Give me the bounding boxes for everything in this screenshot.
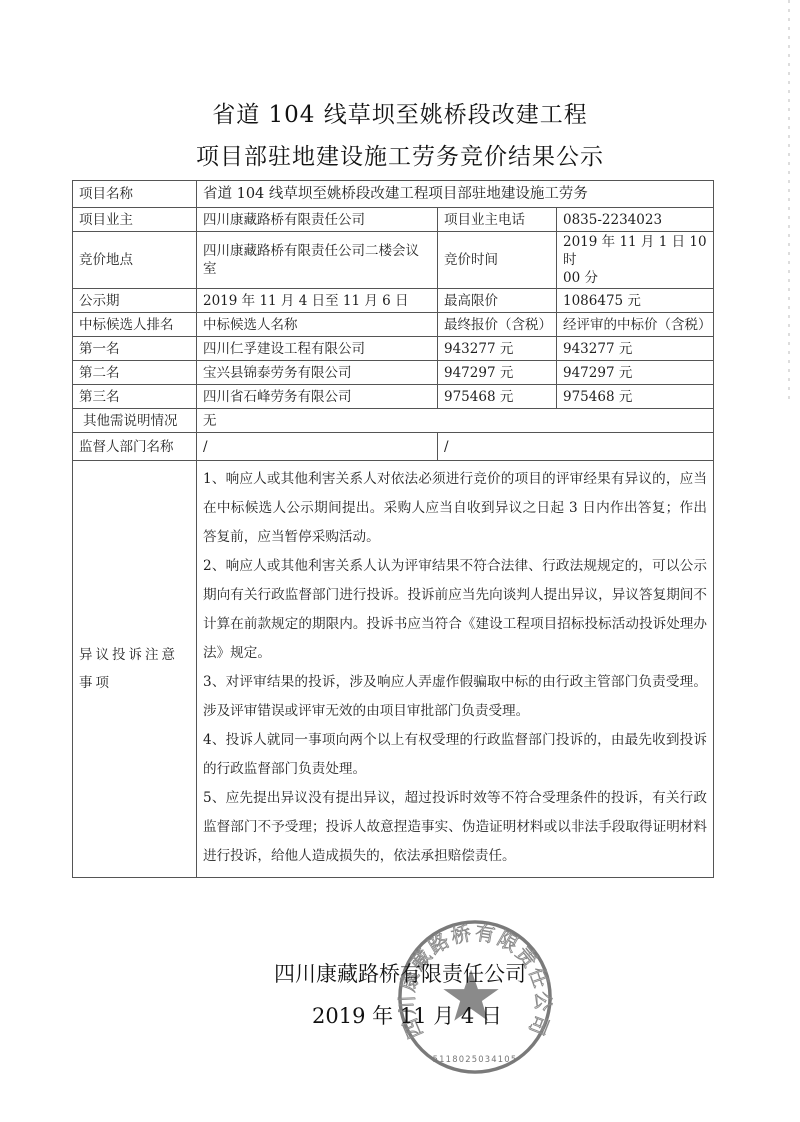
value-owner: 四川康藏路桥有限责任公司 xyxy=(197,208,438,232)
value-project-name: 省道 104 线草坝至姚桥段改建工程项目部驻地建设施工劳务 xyxy=(197,181,714,208)
label-publicity-period: 公示期 xyxy=(73,289,197,313)
header-final-price: 最终报价（含税） xyxy=(438,313,557,337)
notice-item-1: 1、响应人或其他利害关系人对依法必须进行竞价的项目的评审经果有异议的，应当在中标… xyxy=(203,465,707,552)
header-rank: 中标候选人排名 xyxy=(73,313,197,337)
document-title-line1: 省道 104 线草坝至姚桥段改建工程 xyxy=(0,96,800,129)
label-bid-location: 竞价地点 xyxy=(73,232,197,289)
label-max-price: 最高限价 xyxy=(438,289,557,313)
value-bid-location: 四川康藏路桥有限责任公司二楼会议 室 xyxy=(197,232,438,289)
candidate-name: 四川省石峰劳务有限公司 xyxy=(197,385,438,409)
candidate-reviewed-price: 947297 元 xyxy=(557,361,714,385)
candidate-final-price: 947297 元 xyxy=(438,361,557,385)
label-owner: 项目业主 xyxy=(73,208,197,232)
label-supervisor: 监督人部门名称 xyxy=(73,433,197,461)
label-bid-time: 竞价时间 xyxy=(438,232,557,289)
value-supervisor-1: / xyxy=(197,433,438,461)
label-project-name: 项目名称 xyxy=(73,181,197,208)
row-other-notes: 其他需说明情况 无 xyxy=(73,409,714,433)
bid-time-line2: 00 分 xyxy=(563,269,707,287)
candidate-name: 四川仁孚建设工程有限公司 xyxy=(197,337,438,361)
value-bid-time: 2019 年 11 月 1 日 10 时 00 分 xyxy=(557,232,714,289)
label-owner-phone: 项目业主电话 xyxy=(438,208,557,232)
label-other-notes: 其他需说明情况 xyxy=(73,409,197,433)
issuer-company: 四川康藏路桥有限责任公司 xyxy=(0,958,800,988)
candidate-rank: 第二名 xyxy=(73,361,197,385)
scan-edge-artifact xyxy=(788,0,790,400)
row-project-name: 项目名称 省道 104 线草坝至姚桥段改建工程项目部驻地建设施工劳务 xyxy=(73,181,714,208)
candidate-final-price: 975468 元 xyxy=(438,385,557,409)
official-seal-icon: 四川康藏路桥有限责任公司 5118025034105 xyxy=(396,918,554,1076)
row-objection-notice: 异议投诉注意事项 1、响应人或其他利害关系人对依法必须进行竞价的项目的评审经果有… xyxy=(73,461,714,878)
issue-date: 2019 年 11 月 4 日 xyxy=(0,1000,800,1030)
value-supervisor-2: / xyxy=(438,433,714,461)
notice-item-4: 4、投诉人就同一事项向两个以上有权受理的行政监督部门投诉的，由最先收到投诉的行政… xyxy=(203,726,707,784)
notice-item-2: 2、响应人或其他利害关系人认为评审结果不符合法律、行政法规规定的，可以公示期向有… xyxy=(203,552,707,668)
candidate-reviewed-price: 943277 元 xyxy=(557,337,714,361)
notice-item-3: 3、对评审结果的投诉，涉及响应人弄虚作假骗取中标的由行政主管部门负责受理。涉及评… xyxy=(203,668,707,726)
candidate-rank: 第一名 xyxy=(73,337,197,361)
table-row: 第一名 四川仁孚建设工程有限公司 943277 元 943277 元 xyxy=(73,337,714,361)
row-bid-location-time: 竞价地点 四川康藏路桥有限责任公司二楼会议 室 竞价时间 2019 年 11 月… xyxy=(73,232,714,289)
header-reviewed-price: 经评审的中标价（含税） xyxy=(557,313,714,337)
candidate-rank: 第三名 xyxy=(73,385,197,409)
row-publicity-period: 公示期 2019 年 11 月 4 日至 11 月 6 日 最高限价 10864… xyxy=(73,289,714,313)
document-title-line2: 项目部驻地建设施工劳务竞价结果公示 xyxy=(0,138,800,171)
table-row: 第三名 四川省石峰劳务有限公司 975468 元 975468 元 xyxy=(73,385,714,409)
objection-notice-list: 1、响应人或其他利害关系人对依法必须进行竞价的项目的评审经果有异议的，应当在中标… xyxy=(197,461,714,878)
header-name: 中标候选人名称 xyxy=(197,313,438,337)
value-other-notes: 无 xyxy=(197,409,714,433)
seal-code: 5118025034105 xyxy=(433,1054,518,1064)
label-objection: 异议投诉注意事项 xyxy=(73,461,197,878)
candidate-final-price: 943277 元 xyxy=(438,337,557,361)
bid-result-table: 项目名称 省道 104 线草坝至姚桥段改建工程项目部驻地建设施工劳务 项目业主 … xyxy=(72,180,714,878)
bid-location-line2: 室 xyxy=(203,260,431,278)
table-row: 第二名 宝兴县锦泰劳务有限公司 947297 元 947297 元 xyxy=(73,361,714,385)
candidate-name: 宝兴县锦泰劳务有限公司 xyxy=(197,361,438,385)
objection-label-text: 异议投诉注意事项 xyxy=(79,647,178,691)
bid-location-line1: 四川康藏路桥有限责任公司二楼会议 xyxy=(203,242,431,260)
row-owner: 项目业主 四川康藏路桥有限责任公司 项目业主电话 0835-2234023 xyxy=(73,208,714,232)
candidate-reviewed-price: 975468 元 xyxy=(557,385,714,409)
row-candidate-header: 中标候选人排名 中标候选人名称 最终报价（含税） 经评审的中标价（含税） xyxy=(73,313,714,337)
row-supervisor: 监督人部门名称 / / xyxy=(73,433,714,461)
value-max-price: 1086475 元 xyxy=(557,289,714,313)
bid-time-line1: 2019 年 11 月 1 日 10 时 xyxy=(563,233,707,269)
notice-item-5: 5、应先提出异议没有提出异议，超过投诉时效等不符合受理条件的投诉，有关行政监督部… xyxy=(203,784,707,871)
value-publicity-period: 2019 年 11 月 4 日至 11 月 6 日 xyxy=(197,289,438,313)
value-owner-phone: 0835-2234023 xyxy=(557,208,714,232)
